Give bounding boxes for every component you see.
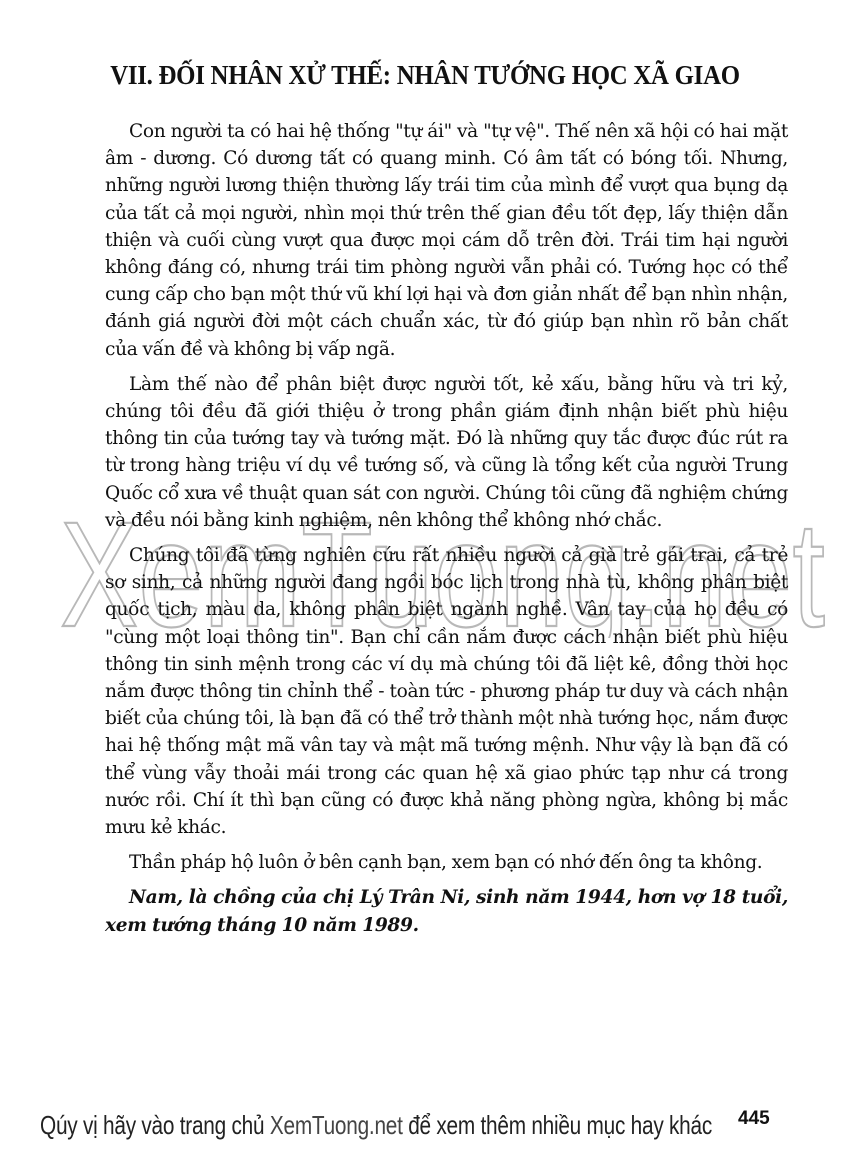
footer-site-link[interactable]: XemTuong.net [270,1110,403,1140]
footer-banner: Qúy vị hãy vào trang chủ XemTuong.net để… [40,1110,688,1141]
paragraph: Chúng tôi đã từng nghiên cứu rất nhiều n… [105,542,788,841]
page-number: 445 [738,1108,770,1130]
chapter-title: VII. ĐỐI NHÂN XỬ THẾ: NHÂN TƯỚNG HỌC XÃ … [34,60,816,91]
footer-prefix: Qúy vị hãy vào trang chủ [40,1110,270,1140]
paragraph: Con người ta có hai hệ thống "tự ái" và … [105,118,788,363]
book-page: XemTuong.net VII. ĐỐI NHÂN XỬ THẾ: NHÂN … [0,0,850,1153]
case-heading: Nam, là chồng của chị Lý Trân Ni, sinh n… [105,884,788,938]
paragraph: Làm thế nào để phân biệt được người tốt,… [105,371,788,534]
body-text: Con người ta có hai hệ thống "tự ái" và … [105,118,788,947]
paragraph: Thần pháp hộ luôn ở bên cạnh bạn, xem bạ… [105,849,788,876]
footer-suffix: để xem thêm nhiều mục hay khác [403,1110,712,1140]
